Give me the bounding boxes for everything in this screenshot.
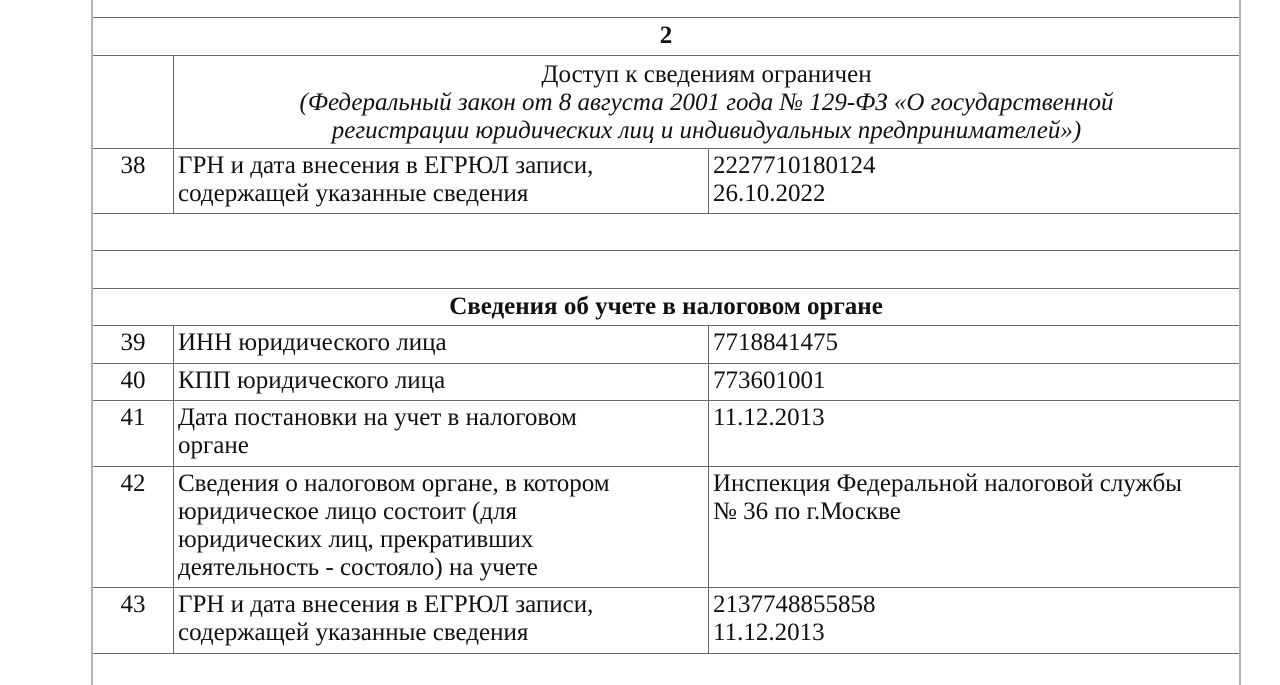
row-value: 773601001 <box>708 364 1239 400</box>
section-title: Сведения об учете в налоговом органе <box>93 289 1239 325</box>
label-line: ИНН юридического лица <box>178 329 708 357</box>
label-line: органе <box>178 432 708 460</box>
table-row-blank <box>93 251 1239 289</box>
table-row-blank <box>93 214 1239 251</box>
table-row: 41 Дата постановки на учет в налоговом о… <box>93 401 1239 467</box>
value-line: 2137748855858 <box>713 591 1239 619</box>
section-title-row: Сведения об учете в налоговом органе <box>93 289 1239 326</box>
label-line: содержащей указанные сведения <box>178 180 708 208</box>
row-number: 42 <box>93 467 173 587</box>
row-number: 39 <box>93 326 173 363</box>
label-line: деятельность - состояло) на учете <box>178 554 708 582</box>
label-line: ГРН и дата внесения в ЕГРЮЛ записи, <box>178 591 708 619</box>
label-line: КПП юридического лица <box>178 367 708 395</box>
restricted-access-row: Доступ к сведениям ограничен (Федеральны… <box>93 56 1239 149</box>
row-label: Сведения о налоговом органе, в котором ю… <box>173 467 708 587</box>
table-row: 38 ГРН и дата внесения в ЕГРЮЛ записи, с… <box>93 149 1239 214</box>
restricted-access-notice: Доступ к сведениям ограничен (Федеральны… <box>173 56 1239 148</box>
restricted-law-line-2: регистрации юридических лиц и индивидуал… <box>174 117 1239 145</box>
row-value: 7718841475 <box>708 326 1239 363</box>
page-marker: 2 <box>93 18 1239 55</box>
restricted-law-line-1: (Федеральный закон от 8 августа 2001 год… <box>174 89 1239 117</box>
row-number: 40 <box>93 364 173 400</box>
value-line: Инспекция Федеральной налоговой службы <box>713 470 1239 498</box>
row-label: Дата постановки на учет в налоговом орга… <box>173 401 708 466</box>
row-value: Инспекция Федеральной налоговой службы №… <box>708 467 1239 587</box>
restricted-title: Доступ к сведениям ограничен <box>174 61 1239 89</box>
row-value: 11.12.2013 <box>708 401 1239 466</box>
row-number-empty <box>93 56 173 148</box>
value-line: 11.12.2013 <box>713 619 1239 647</box>
row-label: ГРН и дата внесения в ЕГРЮЛ записи, соде… <box>173 149 708 213</box>
table-row: 40 КПП юридического лица 773601001 <box>93 364 1239 401</box>
table-row: 39 ИНН юридического лица 7718841475 <box>93 326 1239 364</box>
row-label: КПП юридического лица <box>173 364 708 400</box>
label-line: юридических лиц, прекративших <box>178 526 708 554</box>
row-value: 2227710180124 26.10.2022 <box>708 149 1239 213</box>
table-row-blank-top <box>93 0 1239 18</box>
value-line: 773601001 <box>713 367 1239 395</box>
row-label: ГРН и дата внесения в ЕГРЮЛ записи, соде… <box>173 588 708 653</box>
table-row: 42 Сведения о налоговом органе, в которо… <box>93 467 1239 588</box>
value-line: 11.12.2013 <box>713 404 1239 432</box>
page-marker-row: 2 <box>93 18 1239 56</box>
document-page: 2 Доступ к сведениям ограничен (Федераль… <box>91 0 1241 685</box>
value-line: 26.10.2022 <box>713 180 1239 208</box>
label-line: содержащей указанные сведения <box>178 619 708 647</box>
value-line: 2227710180124 <box>713 152 1239 180</box>
value-line: 7718841475 <box>713 329 1239 357</box>
label-line: Дата постановки на учет в налоговом <box>178 404 708 432</box>
value-line: № 36 по г.Москве <box>713 498 1239 526</box>
row-label: ИНН юридического лица <box>173 326 708 363</box>
row-number: 43 <box>93 588 173 653</box>
row-value: 2137748855858 11.12.2013 <box>708 588 1239 653</box>
label-line: Сведения о налоговом органе, в котором <box>178 470 708 498</box>
label-line: ГРН и дата внесения в ЕГРЮЛ записи, <box>178 152 708 180</box>
table-row: 43 ГРН и дата внесения в ЕГРЮЛ записи, с… <box>93 588 1239 654</box>
row-number: 38 <box>93 149 173 213</box>
row-number: 41 <box>93 401 173 466</box>
label-line: юридическое лицо состоит (для <box>178 498 708 526</box>
